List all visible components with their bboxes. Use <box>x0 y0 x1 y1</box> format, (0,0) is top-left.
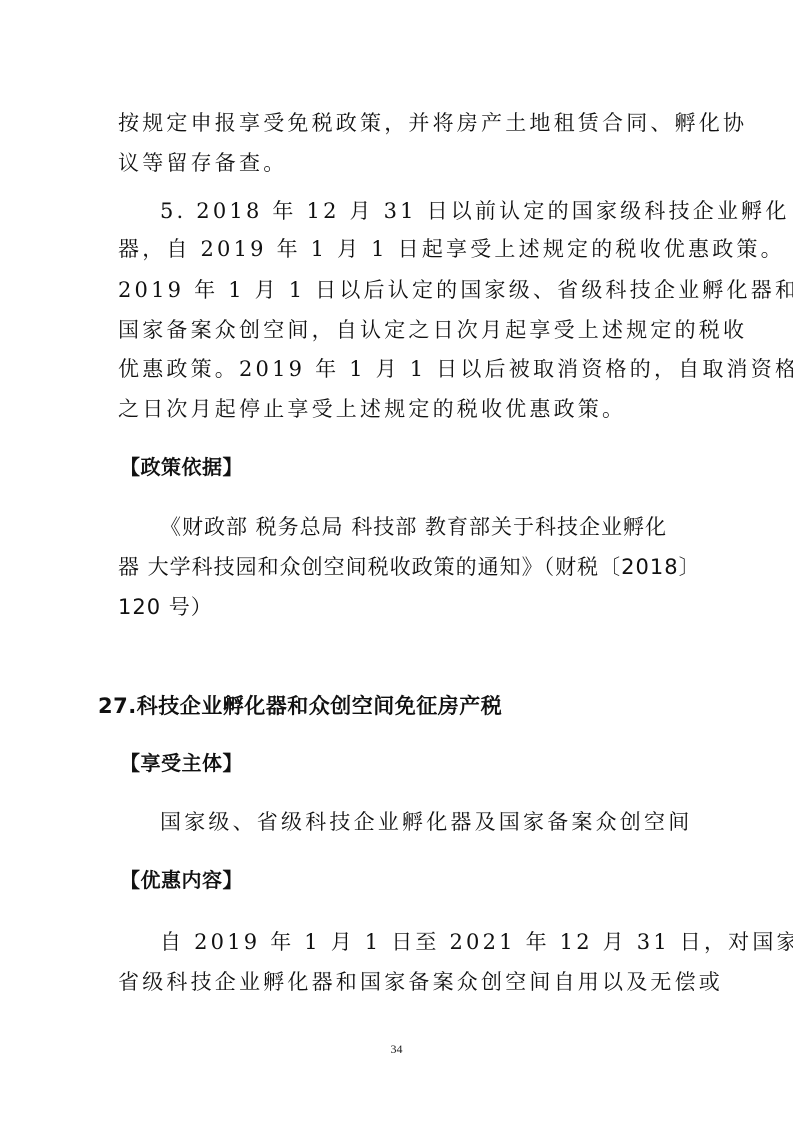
item5-line: 之日次月起停止享受上述规定的税收优惠政策。 <box>118 396 678 422</box>
item5-line: 优惠政策。2019 年 1 月 1 日以后被取消资格的，自取消资格 <box>118 356 678 382</box>
item5-line: 2019 年 1 月 1 日以后认定的国家级、省级科技企业孵化器和 <box>118 277 678 303</box>
body-text-line: 议等留存备查。 <box>118 150 678 176</box>
policy-citation-line: 器 大学科技园和众创空间税收政策的通知》（财税〔2018〕 <box>118 554 678 580</box>
page-number: 34 <box>0 1042 793 1057</box>
benefit-text-line: 自 2019 年 1 月 1 日至 2021 年 12 月 31 日，对国家级、 <box>160 929 720 955</box>
policy-basis-label: 【政策依据】 <box>120 454 680 480</box>
policy-citation-line: 120 号） <box>118 594 678 620</box>
item5-line: 国家备案众创空间，自认定之日次月起享受上述规定的税收 <box>118 317 678 343</box>
body-text-line: 按规定申报享受免税政策，并将房产土地租赁合同、孵化协 <box>118 110 678 136</box>
section-27-title: 27.科技企业孵化器和众创空间免征房产税 <box>98 693 658 719</box>
benefit-label: 【优惠内容】 <box>120 867 680 893</box>
policy-citation-line: 《财政部 税务总局 科技部 教育部关于科技企业孵化 <box>160 514 720 540</box>
beneficiary-label: 【享受主体】 <box>120 750 680 776</box>
beneficiary-text: 国家级、省级科技企业孵化器及国家备案众创空间 <box>160 809 720 835</box>
item5-line: 5. 2018 年 12 月 31 日以前认定的国家级科技企业孵化 <box>160 198 720 224</box>
item5-line: 器，自 2019 年 1 月 1 日起享受上述规定的税收优惠政策。 <box>118 236 678 262</box>
benefit-text-line: 省级科技企业孵化器和国家备案众创空间自用以及无偿或 <box>118 969 678 995</box>
